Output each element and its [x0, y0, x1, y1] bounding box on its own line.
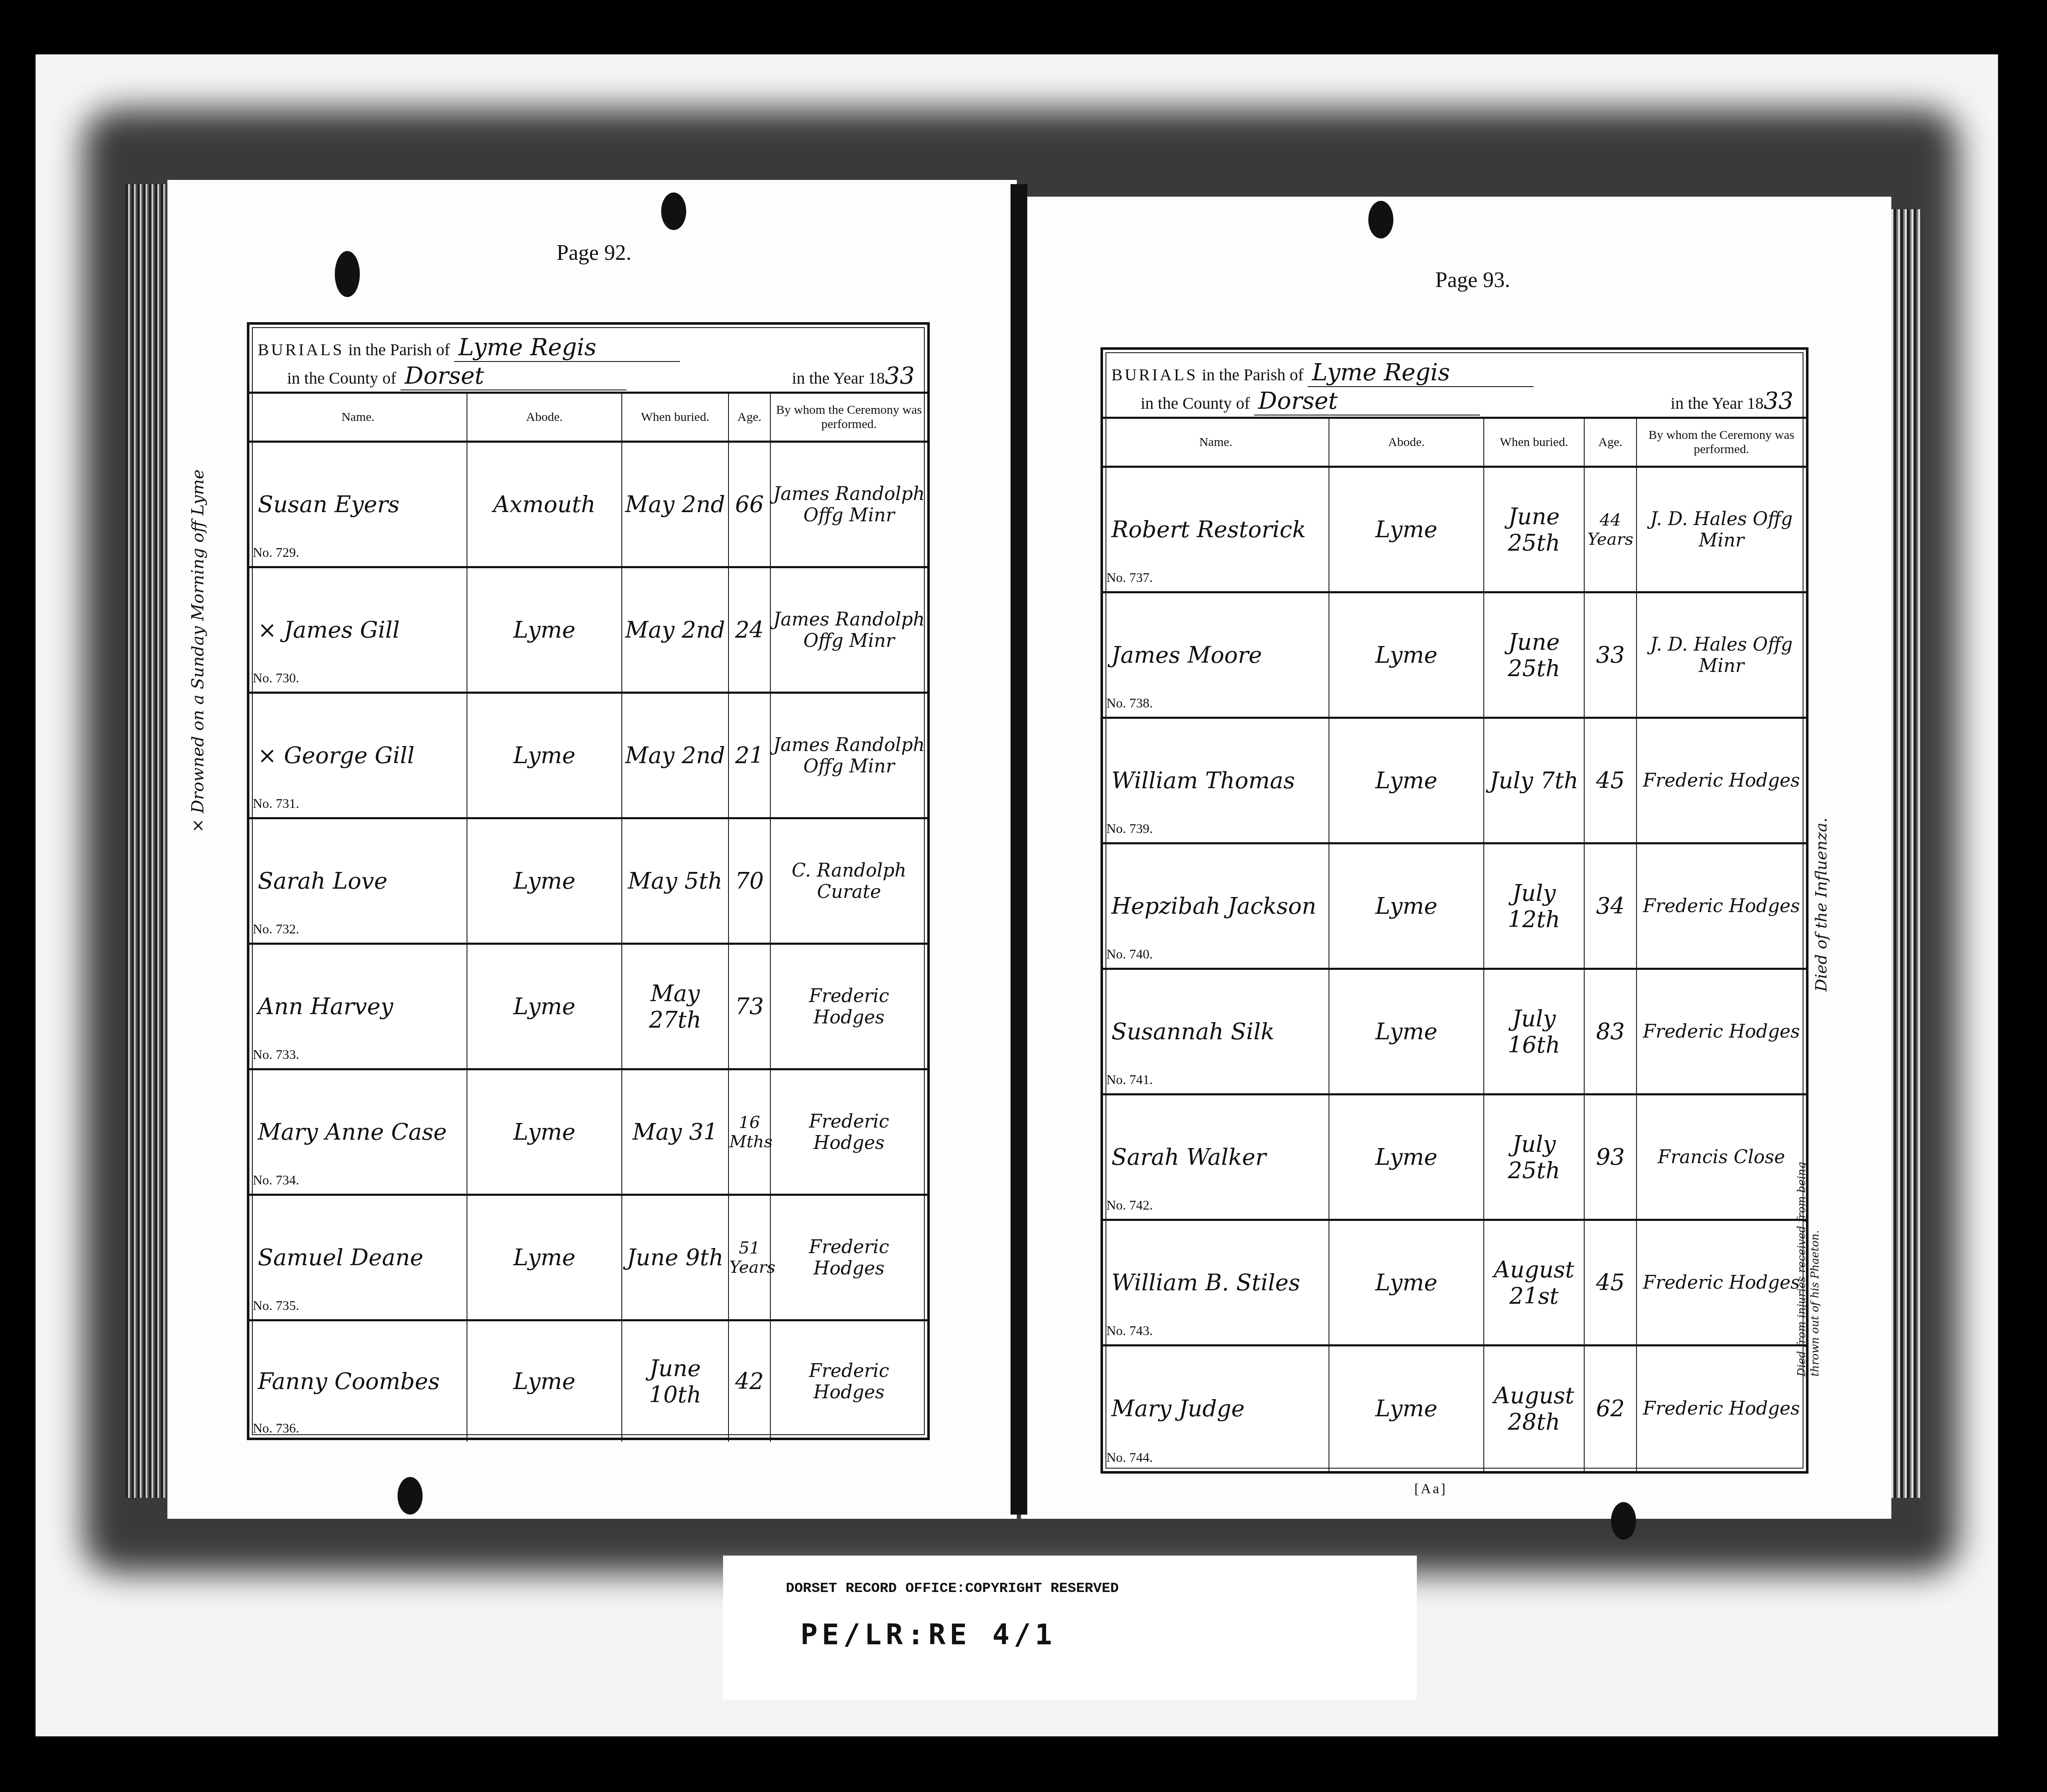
table-row: William B. StilesNo. 743. Lyme August 21…: [1103, 1220, 1806, 1346]
entry-when-buried: August 28th: [1484, 1346, 1584, 1471]
entry-abode: Lyme: [1329, 843, 1484, 969]
entry-number: No. 741.: [1106, 1072, 1153, 1087]
entry-abode: Lyme: [467, 1195, 622, 1320]
burial-table-left: Name. Abode. When buried. Age. By whom t…: [249, 394, 927, 1442]
entry-officiant: Frederic Hodges: [770, 944, 927, 1069]
entry-officiant: C. Randolph Curate: [770, 818, 927, 944]
entry-officiant: Frederic Hodges: [1637, 1220, 1806, 1346]
table-row: William ThomasNo. 739. Lyme July 7th 45 …: [1103, 718, 1806, 843]
entry-when-buried: July 7th: [1484, 718, 1584, 843]
entry-age: 45: [1584, 1220, 1637, 1346]
burial-register-left: BURIALS in the Parish of Lyme Regis in t…: [247, 322, 930, 1440]
table-row: Sarah WalkerNo. 742. Lyme July 25th 93 F…: [1103, 1095, 1806, 1220]
table-row: Mary JudgeNo. 744. Lyme August 28th 62 F…: [1103, 1346, 1806, 1471]
county-value: Dorset: [1254, 387, 1480, 415]
entry-abode: Lyme: [467, 567, 622, 693]
ink-blot: [661, 192, 686, 230]
entry-age: 34: [1584, 843, 1637, 969]
entry-name: James Moore: [1111, 642, 1262, 668]
entry-name: Hepzibah Jackson: [1111, 893, 1316, 919]
entry-name: × George Gill: [258, 742, 414, 769]
entry-officiant: James Randolph Offg Minr: [770, 442, 927, 567]
table-row: Sarah LoveNo. 732. Lyme May 5th 70 C. Ra…: [249, 818, 927, 944]
table-row: × George GillNo. 731. Lyme May 2nd 21 Ja…: [249, 693, 927, 818]
year-value: 33: [885, 362, 915, 390]
year-value: 33: [1764, 387, 1793, 415]
entry-number: No. 735.: [253, 1298, 299, 1313]
burial-register-right: BURIALS in the Parish of Lyme Regis in t…: [1100, 347, 1808, 1474]
table-row: Robert RestorickNo. 737. Lyme June 25th …: [1103, 467, 1806, 592]
entry-name: Samuel Deane: [258, 1244, 423, 1271]
entry-when-buried: June 25th: [1484, 592, 1584, 718]
register-header: BURIALS in the Parish of Lyme Regis in t…: [1103, 350, 1806, 419]
entry-age: 44 Years: [1584, 467, 1637, 592]
ink-blot: [1611, 1502, 1636, 1540]
entry-officiant: Frederic Hodges: [770, 1195, 927, 1320]
entry-officiant: Frederic Hodges: [1637, 1346, 1806, 1471]
entry-abode: Lyme: [467, 818, 622, 944]
margin-note-influenza: Died of the Influenza.: [1812, 818, 1830, 992]
entry-age: 70: [729, 818, 770, 944]
column-header-abode: Abode.: [467, 394, 622, 442]
entry-abode: Lyme: [467, 1320, 622, 1442]
table-row: × James GillNo. 730. Lyme May 2nd 24 Jam…: [249, 567, 927, 693]
page-number-left: Page 92.: [557, 241, 631, 265]
entry-abode: Lyme: [1329, 1346, 1484, 1471]
parish-value: Lyme Regis: [1308, 359, 1534, 387]
book-fore-edge-left: [126, 184, 167, 1498]
entry-abode: Lyme: [1329, 1220, 1484, 1346]
column-header-when-buried: When buried.: [1484, 419, 1584, 467]
table-row: Susan EyersNo. 729. Axmouth May 2nd 66 J…: [249, 442, 927, 567]
entry-name: × James Gill: [258, 617, 400, 643]
entry-when-buried: June 9th: [622, 1195, 729, 1320]
entry-number: No. 744.: [1106, 1450, 1153, 1465]
book-gutter: [1011, 184, 1027, 1515]
entry-officiant: James Randolph Offg Minr: [770, 567, 927, 693]
entry-name: Susan Eyers: [258, 491, 400, 518]
entry-officiant: Frederic Hodges: [770, 1069, 927, 1195]
entry-name: Fanny Coombes: [258, 1368, 440, 1395]
entry-when-buried: May 27th: [622, 944, 729, 1069]
entry-number: No. 736.: [253, 1420, 299, 1436]
entry-abode: Lyme: [1329, 718, 1484, 843]
ink-blot: [398, 1477, 423, 1515]
entry-age: 24: [729, 567, 770, 693]
entry-number: No. 742.: [1106, 1197, 1153, 1213]
archive-label-card: DORSET RECORD OFFICE:COPYRIGHT RESERVED …: [723, 1556, 1417, 1700]
entry-number: No. 732.: [253, 921, 299, 937]
entry-officiant: Frederic Hodges: [1637, 843, 1806, 969]
ink-blot: [1368, 201, 1393, 238]
entry-when-buried: July 16th: [1484, 969, 1584, 1095]
entry-abode: Lyme: [467, 944, 622, 1069]
entry-name: William B. Stiles: [1111, 1269, 1300, 1296]
entry-age: 83: [1584, 969, 1637, 1095]
entry-number: No. 733.: [253, 1047, 299, 1062]
entry-age: 93: [1584, 1095, 1637, 1220]
table-row: Mary Anne CaseNo. 734. Lyme May 31 16 Mt…: [249, 1069, 927, 1195]
entry-officiant: Francis Close: [1637, 1095, 1806, 1220]
entry-when-buried: May 5th: [622, 818, 729, 944]
copyright-notice: DORSET RECORD OFFICE:COPYRIGHT RESERVED: [786, 1581, 1119, 1597]
entry-name: Mary Anne Case: [258, 1119, 447, 1145]
column-header-officiant: By whom the Ceremony was performed.: [770, 394, 927, 442]
entry-name: Sarah Love: [258, 868, 387, 894]
entry-when-buried: May 2nd: [622, 567, 729, 693]
column-header-age: Age.: [1584, 419, 1637, 467]
table-row: Hepzibah JacksonNo. 740. Lyme July 12th …: [1103, 843, 1806, 969]
entry-number: No. 743.: [1106, 1323, 1153, 1338]
book-fore-edge-right: [1891, 209, 1921, 1498]
entry-when-buried: May 2nd: [622, 693, 729, 818]
entry-age: 45: [1584, 718, 1637, 843]
entry-officiant: Frederic Hodges: [1637, 718, 1806, 843]
entry-abode: Axmouth: [467, 442, 622, 567]
entry-abode: Lyme: [1329, 969, 1484, 1095]
entry-number: No. 739.: [1106, 821, 1153, 836]
register-header: BURIALS in the Parish of Lyme Regis in t…: [249, 325, 927, 394]
table-row: Susannah SilkNo. 741. Lyme July 16th 83 …: [1103, 969, 1806, 1095]
column-header-abode: Abode.: [1329, 419, 1484, 467]
entry-age: 66: [729, 442, 770, 567]
entry-name: Robert Restorick: [1111, 516, 1306, 543]
entry-number: No. 731.: [253, 796, 299, 811]
entry-number: No. 740.: [1106, 946, 1153, 962]
entry-number: No. 734.: [253, 1172, 299, 1188]
entry-when-buried: July 12th: [1484, 843, 1584, 969]
table-row: Samuel DeaneNo. 735. Lyme June 9th 51 Ye…: [249, 1195, 927, 1320]
entry-officiant: Frederic Hodges: [1637, 969, 1806, 1095]
entry-officiant: James Randolph Offg Minr: [770, 693, 927, 818]
entry-age: 33: [1584, 592, 1637, 718]
entry-abode: Lyme: [1329, 1095, 1484, 1220]
entry-when-buried: May 2nd: [622, 442, 729, 567]
burial-table-right: Name. Abode. When buried. Age. By whom t…: [1103, 419, 1806, 1471]
entry-abode: Lyme: [1329, 592, 1484, 718]
entry-age: 73: [729, 944, 770, 1069]
burials-heading: BURIALS: [1111, 365, 1198, 384]
entry-age: 42: [729, 1320, 770, 1442]
burials-heading: BURIALS: [258, 340, 344, 359]
table-row: Ann HarveyNo. 733. Lyme May 27th 73 Fred…: [249, 944, 927, 1069]
parish-value: Lyme Regis: [454, 334, 680, 362]
entry-abode: Lyme: [467, 693, 622, 818]
entry-name: Mary Judge: [1111, 1395, 1245, 1422]
entry-age: 51 Years: [729, 1195, 770, 1320]
entry-number: No. 729.: [253, 545, 299, 560]
entry-name: Susannah Silk: [1111, 1018, 1275, 1045]
margin-note-phaeton: Died from injuries received from being t…: [1795, 1142, 1822, 1377]
entry-number: No. 730.: [253, 670, 299, 686]
entry-when-buried: June 25th: [1484, 467, 1584, 592]
column-header-name: Name.: [249, 394, 467, 442]
entry-name: William Thomas: [1111, 767, 1295, 794]
entry-name: Ann Harvey: [258, 993, 393, 1020]
column-header-when-buried: When buried.: [622, 394, 729, 442]
entry-name: Sarah Walker: [1111, 1144, 1266, 1170]
table-row: James MooreNo. 738. Lyme June 25th 33 J.…: [1103, 592, 1806, 718]
entry-officiant: J. D. Hales Offg Minr: [1637, 592, 1806, 718]
signature-mark: [Aa]: [1414, 1481, 1447, 1497]
entry-when-buried: June 10th: [622, 1320, 729, 1442]
entry-age: 21: [729, 693, 770, 818]
margin-note-drowned: × Drowned on a Sunday Morning off Lyme: [188, 469, 208, 833]
entry-when-buried: August 21st: [1484, 1220, 1584, 1346]
column-header-officiant: By whom the Ceremony was performed.: [1637, 419, 1806, 467]
entry-age: 16 Mths: [729, 1069, 770, 1195]
entry-abode: Lyme: [1329, 467, 1484, 592]
column-header-name: Name.: [1103, 419, 1329, 467]
entry-age: 62: [1584, 1346, 1637, 1471]
archive-reference: PE/LR:RE 4/1: [800, 1618, 1056, 1651]
county-value: Dorset: [400, 362, 626, 390]
column-header-age: Age.: [729, 394, 770, 442]
entry-when-buried: July 25th: [1484, 1095, 1584, 1220]
page-number-right: Page 93.: [1435, 268, 1510, 292]
entry-number: No. 737.: [1106, 570, 1153, 585]
ink-blot: [335, 251, 360, 297]
entry-abode: Lyme: [467, 1069, 622, 1195]
table-row: Fanny CoombesNo. 736. Lyme June 10th 42 …: [249, 1320, 927, 1442]
entry-number: No. 738.: [1106, 695, 1153, 711]
entry-officiant: Frederic Hodges: [770, 1320, 927, 1442]
entry-when-buried: May 31: [622, 1069, 729, 1195]
entry-officiant: J. D. Hales Offg Minr: [1637, 467, 1806, 592]
